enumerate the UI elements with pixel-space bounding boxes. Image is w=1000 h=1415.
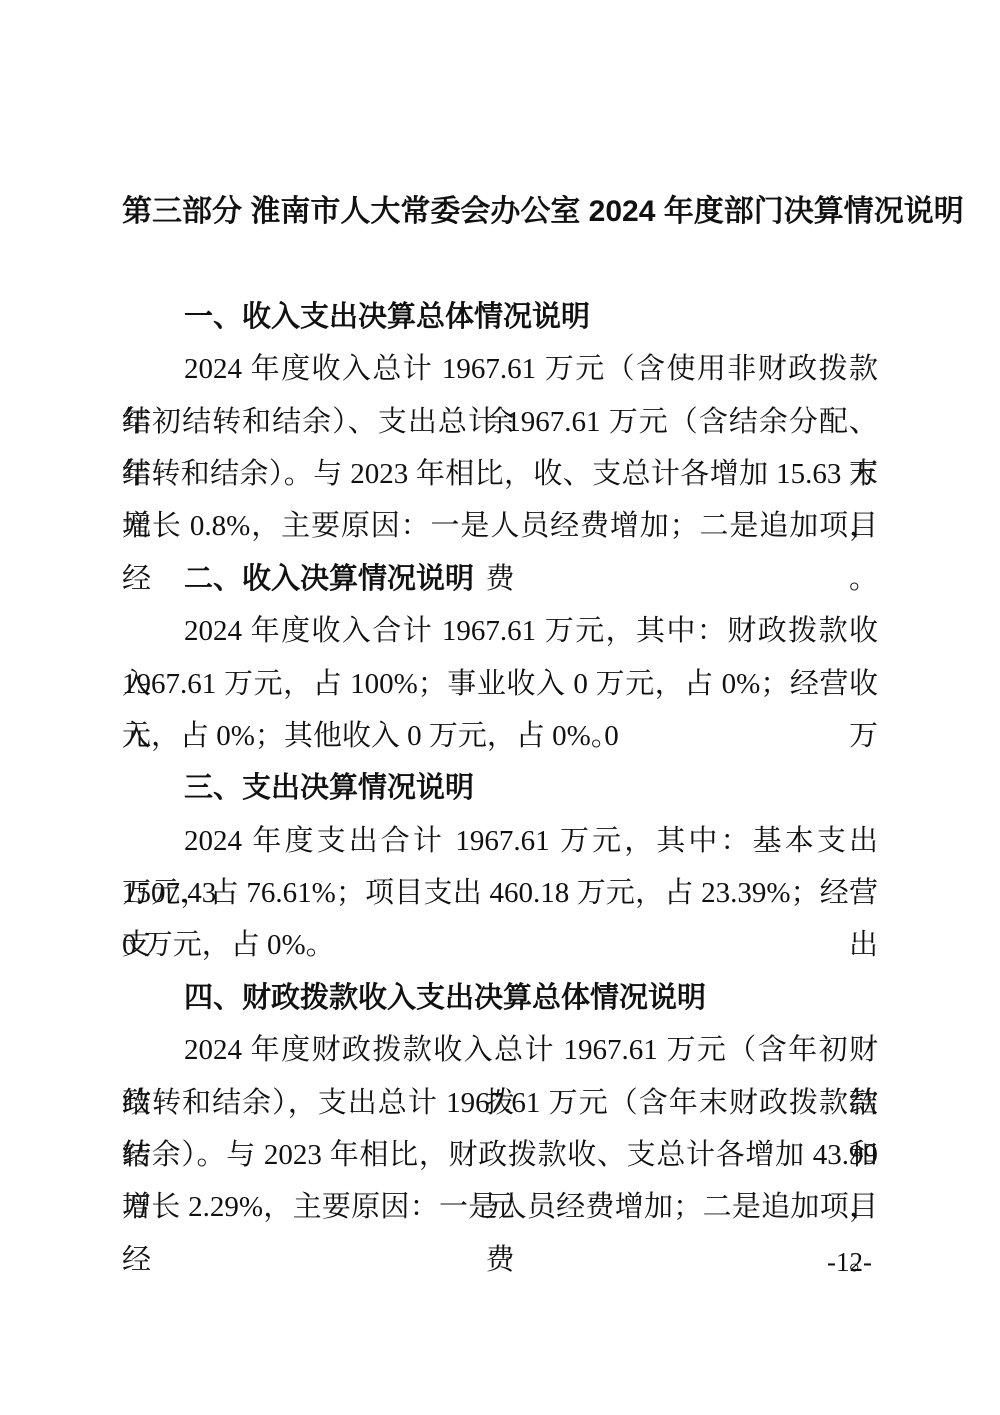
body-line: 2024 年度收入合计 1967.61 万元，其中：财政拨款收入 [122,605,878,657]
body-line: 2024 年度收入总计 1967.61 万元（含使用非财政拨款结余、 [122,343,878,395]
section-heading-4: 四、财政拨款收入支出决算总体情况说明 [122,972,878,1024]
body-line: 2024 年度支出合计 1967.61 万元，其中：基本支出 1507.43 [122,815,878,867]
body-line: 增长 0.8%，主要原因：一是人员经费增加；二是追加项目经费。 [122,500,878,552]
page-title: 第三部分 淮南市人大常委会办公室 2024 年度部门决算情况说明 [122,186,878,238]
body-line: 1967.61 万元，占 100%；事业收入 0 万元，占 0%；经营收入 0 … [122,658,878,710]
body-line: 结转和结余），支出总计 1967.61 万元（含年末财政拨款结转和 [122,1077,878,1129]
body-line: 增长 2.29%，主要原因：一是人员经费增加；二是追加项目经费。 [122,1181,878,1233]
section-heading-1: 一、收入支出决算总体情况说明 [122,291,878,343]
body-line: 结转和结余）。与 2023 年相比，收、支总计各增加 15.63 万元， [122,448,878,500]
body-line: 2024 年度财政拨款收入总计 1967.61 万元（含年初财政拨款 [122,1024,878,1076]
document-page: 第三部分 淮南市人大常委会办公室 2024 年度部门决算情况说明 一、收入支出决… [0,0,1000,1415]
body-line: 年初结转和结余）、支出总计 1967.61 万元（含结余分配、年末 [122,396,878,448]
section-heading-3: 三、支出决算情况说明 [122,762,878,814]
body-line: 万元，占 76.61%；项目支出 460.18 万元，占 23.39%；经营支出 [122,867,878,919]
document-body: 第三部分 淮南市人大常委会办公室 2024 年度部门决算情况说明 一、收入支出决… [122,186,878,1234]
title-gap [122,238,878,290]
body-line: 结余）。与 2023 年相比，财政拨款收、支总计各增加 43.99 万元， [122,1129,878,1181]
page-number: -12- [827,1246,872,1278]
